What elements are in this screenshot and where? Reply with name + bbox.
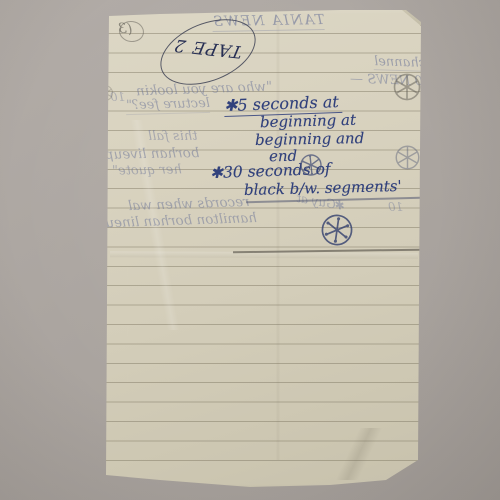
note-paper: TANIA NEWS channel 10 NEWS — "who are yo…: [0, 0, 500, 500]
paper-crease: [300, 428, 418, 480]
circled-asterisk-icon: [394, 144, 421, 171]
bleedthrough-line: her quote": [112, 162, 182, 178]
bleedthrough-line: lecture fee?": [126, 96, 210, 115]
circled-asterisk-icon: [298, 152, 324, 178]
bleedthrough-line: borhan liveups: [98, 145, 200, 163]
note-line-beginning-and: beginning and: [255, 129, 365, 149]
circled-asterisk-icon: [96, 84, 114, 102]
circled-asterisk-icon: [318, 211, 356, 249]
page-marker: (3: [118, 21, 132, 37]
note-line-beginning-at: beginning at: [260, 111, 356, 132]
circled-asterisk-icon: [392, 72, 422, 102]
bleedthrough-line: 10: [388, 200, 403, 214]
paper-shading: [0, 0, 500, 500]
photo-background: TANIA NEWS channel 10 NEWS — "who are yo…: [0, 0, 500, 500]
bleedthrough-line: this fall: [148, 129, 197, 144]
bleedthrough-line: channel: [374, 54, 427, 72]
